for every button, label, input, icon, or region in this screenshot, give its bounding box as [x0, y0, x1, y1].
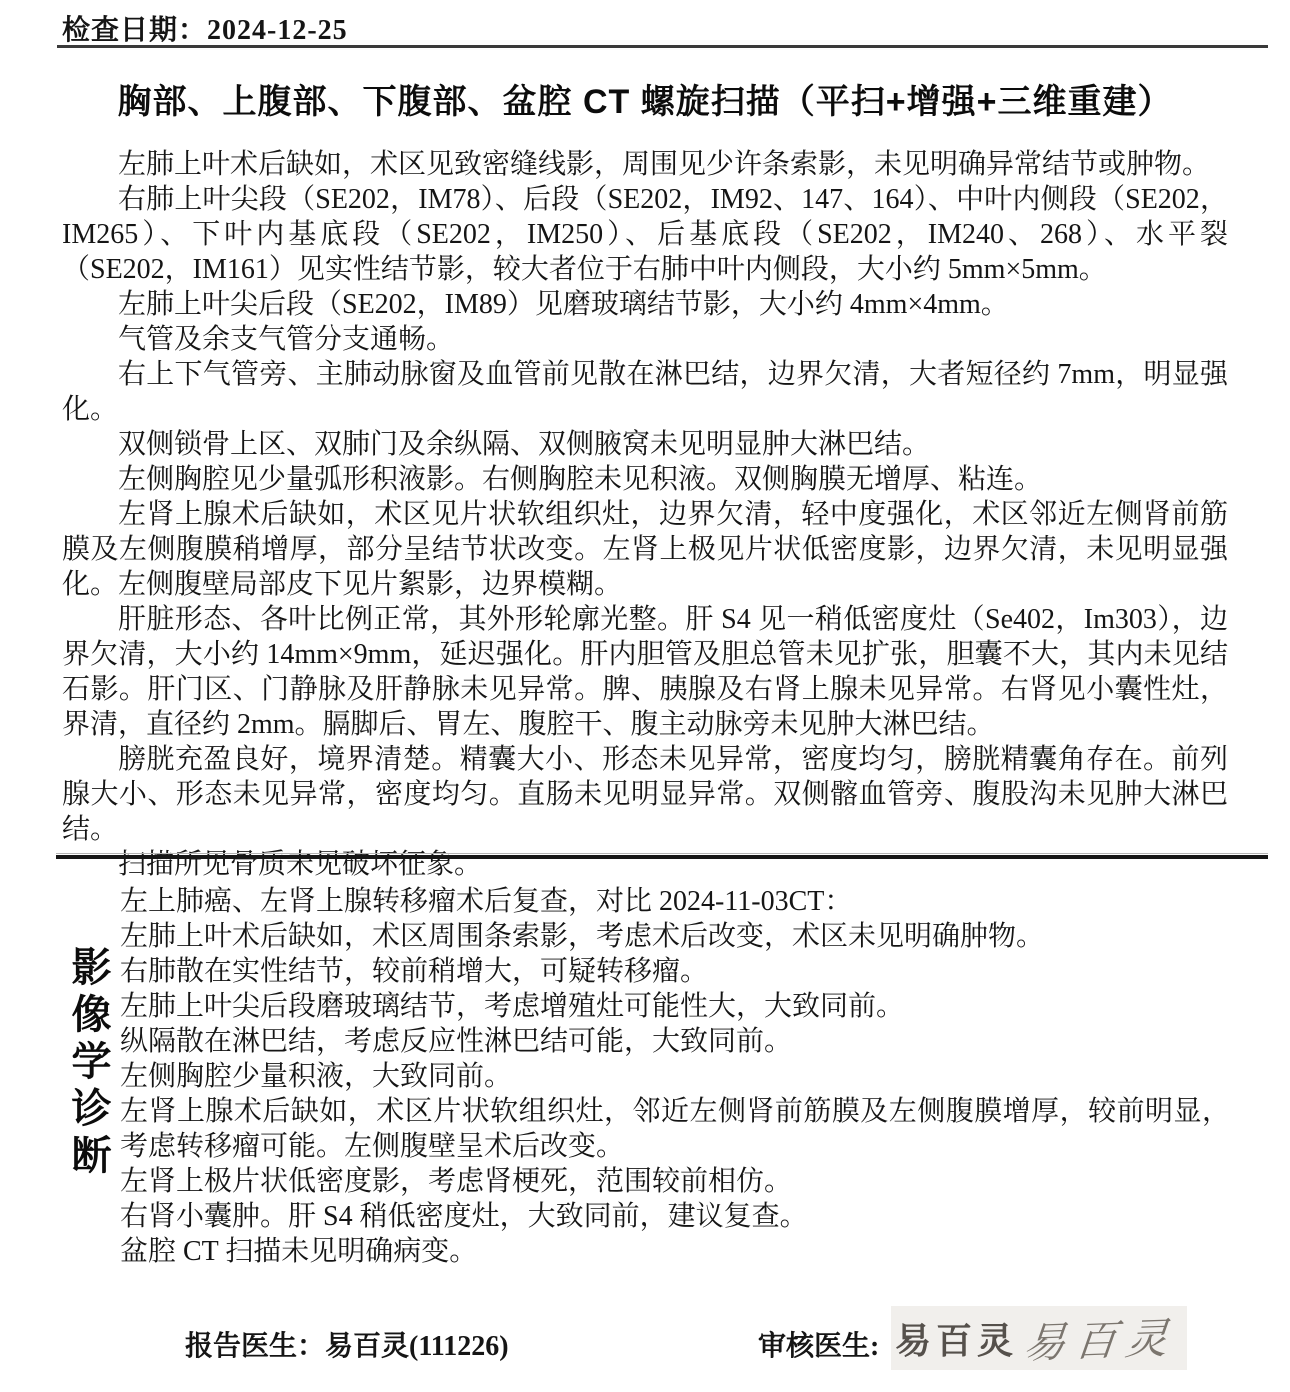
- report-title: 胸部、上腹部、下腹部、盆腔 CT 螺旋扫描（平扫+增强+三维重建）: [0, 74, 1290, 123]
- review-doctor-name: 易百灵: [895, 1313, 1018, 1364]
- diagnosis-line: 左肺上叶术后缺如，术区周围条索影，考虑术后改变，术区未见明确肿物。: [120, 919, 1230, 954]
- report-doctor-label: 报告医生：: [185, 1331, 325, 1362]
- report-doctor-name: 易百灵(111226): [325, 1331, 509, 1362]
- diagnosis-sidebar-label: 影像学诊断: [60, 946, 117, 1181]
- finding-paragraph: 左侧胸腔见少量弧形积液影。右侧胸腔未见积液。双侧胸膜无增厚、粘连。: [62, 462, 1228, 497]
- finding-paragraph: 左肾上腺术后缺如，术区见片状软组织灶，边界欠清，轻中度强化，术区邻近左侧肾前筋膜…: [62, 497, 1228, 602]
- finding-paragraph: 双侧锁骨上区、双肺门及余纵隔、双侧腋窝未见明显肿大淋巴结。: [62, 427, 1228, 462]
- diagnosis-line: 左侧胸腔少量积液，大致同前。: [120, 1059, 1230, 1094]
- diagnosis-line: 左肾上腺术后缺如，术区片状软组织灶，邻近左侧肾前筋膜及左侧腹膜增厚，较前明显，考…: [120, 1094, 1230, 1164]
- diagnosis-line: 右肾小囊肿。肝 S4 稍低密度灶，大致同前，建议复查。: [120, 1199, 1230, 1234]
- exam-date-label: 检查日期：: [62, 15, 207, 46]
- section-divider-bar: [56, 855, 1268, 859]
- finding-paragraph: 左肺上叶术后缺如，术区见致密缝线影，周围见少许条索影，未见明确异常结节或肿物。: [62, 147, 1228, 182]
- finding-paragraph: 气管及余支气管分支通畅。: [62, 322, 1228, 357]
- findings-section: 左肺上叶术后缺如，术区见致密缝线影，周围见少许条索影，未见明确异常结节或肿物。 …: [62, 147, 1228, 882]
- header-rule: [57, 45, 1268, 48]
- ct-report-page: 检查日期：2024-12-25 胸部、上腹部、下腹部、盆腔 CT 螺旋扫描（平扫…: [0, 0, 1290, 1392]
- report-doctor: 报告医生：易百灵(111226): [185, 1324, 509, 1364]
- diagnosis-line: 盆腔 CT 扫描未见明确病变。: [120, 1234, 1230, 1269]
- review-doctor: 审核医生:: [758, 1324, 879, 1364]
- finding-paragraph: 右肺上叶尖段（SE202，IM78）、后段（SE202，IM92、147、164…: [62, 182, 1228, 287]
- finding-paragraph: 肝脏形态、各叶比例正常，其外形轮廓光整。肝 S4 见一稍低密度灶（Se402，I…: [62, 602, 1228, 742]
- review-doctor-handwritten-signature: 易百灵: [1021, 1305, 1180, 1371]
- diagnosis-line: 右肺散在实性结节，较前稍增大，可疑转移瘤。: [120, 954, 1230, 989]
- finding-paragraph: 膀胱充盈良好，境界清楚。精囊大小、形态未见异常，密度均匀，膀胱精囊角存在。前列腺…: [62, 742, 1228, 847]
- diagnosis-line: 左肾上极片状低密度影，考虑肾梗死，范围较前相仿。: [120, 1164, 1230, 1199]
- finding-paragraph: 左肺上叶尖后段（SE202，IM89）见磨玻璃结节影，大小约 4mm×4mm。: [62, 287, 1228, 322]
- exam-date: 检查日期：2024-12-25: [62, 8, 348, 48]
- diagnosis-line: 左肺上叶尖后段磨玻璃结节，考虑增殖灶可能性大，大致同前。: [120, 989, 1230, 1024]
- section-divider: [56, 853, 1268, 859]
- review-doctor-label: 审核医生:: [758, 1331, 879, 1362]
- exam-date-value: 2024-12-25: [207, 15, 348, 46]
- diagnosis-line: 纵隔散在淋巴结，考虑反应性淋巴结可能，大致同前。: [120, 1024, 1230, 1059]
- finding-paragraph: 右上下气管旁、主肺动脉窗及血管前见散在淋巴结，边界欠清，大者短径约 7mm，明显…: [62, 357, 1228, 427]
- diagnosis-section: 左上肺癌、左肾上腺转移瘤术后复查，对比 2024-11-03CT： 左肺上叶术后…: [120, 884, 1230, 1269]
- diagnosis-line: 左上肺癌、左肾上腺转移瘤术后复查，对比 2024-11-03CT：: [120, 884, 1230, 919]
- review-doctor-signature-area: 易百灵 易百灵: [891, 1306, 1187, 1370]
